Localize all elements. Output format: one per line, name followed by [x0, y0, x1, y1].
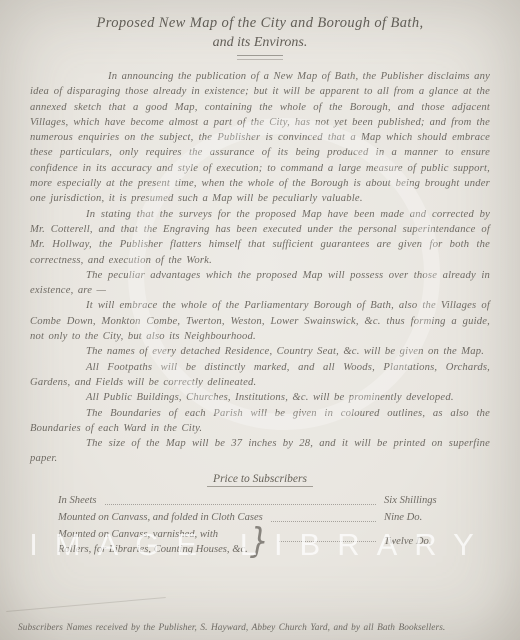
price-item-label-line2: Rollers, for Libraries, Counting Houses,…	[58, 542, 248, 557]
price-table: In Sheets Six Shillings Mounted on Canva…	[58, 492, 490, 557]
paragraph-announcement: In announcing the publication of a New M…	[30, 69, 490, 207]
price-row-sheets: In Sheets Six Shillings	[58, 492, 490, 509]
price-value: Nine Do.	[384, 509, 490, 526]
price-item-multiline: Mounted on Canvass, varnished, with Roll…	[58, 527, 248, 557]
price-row-canvass-folded: Mounted on Canvass, and folded in Cloth …	[58, 509, 490, 526]
paragraph-surveys: In stating that the surveys for the prop…	[30, 207, 490, 268]
price-item-label-line1: Mounted on Canvass, varnished, with	[58, 527, 248, 542]
dotted-leader	[279, 541, 376, 542]
dotted-leader	[105, 504, 376, 505]
paragraph-boundaries: The Boundaries of each Parish will be gi…	[30, 406, 490, 437]
price-heading-text: Price to Subscribers	[207, 473, 313, 487]
document-title-line2: and its Environs.	[30, 34, 490, 52]
paragraph-residences: The names of every detached Residence, C…	[30, 344, 490, 359]
document-body: In announcing the publication of a New M…	[30, 69, 490, 467]
paragraph-buildings: All Public Buildings, Churches, Institut…	[30, 390, 490, 405]
dotted-leader	[271, 521, 376, 522]
price-item-label: Mounted on Canvass, and folded in Cloth …	[58, 509, 263, 526]
paragraph-size: The size of the Map will be 37 inches by…	[30, 436, 490, 467]
price-value: Six Shillings	[384, 492, 490, 509]
paragraph-footpaths: All Footpaths will be distinctly marked,…	[30, 360, 490, 391]
document-title-line1: Proposed New Map of the City and Borough…	[30, 13, 490, 34]
price-value: Twelve Do.	[384, 534, 490, 549]
brace-glyph: }	[250, 533, 269, 550]
paragraph-coverage: It will embrace the whole of the Parliam…	[30, 298, 490, 344]
paragraph-advantages: The peculiar advantages which the propos…	[30, 268, 490, 299]
price-section-heading: Price to Subscribers	[30, 473, 490, 487]
price-row-canvass-varnished: Mounted on Canvass, varnished, with Roll…	[58, 527, 490, 557]
paper-crease	[6, 597, 165, 612]
title-underline	[237, 55, 283, 60]
subscribers-footer-note: Subscribers Names received by the Publis…	[18, 623, 508, 633]
price-item-label: In Sheets	[58, 492, 97, 509]
scanned-document-page: Proposed New Map of the City and Borough…	[0, 0, 520, 640]
